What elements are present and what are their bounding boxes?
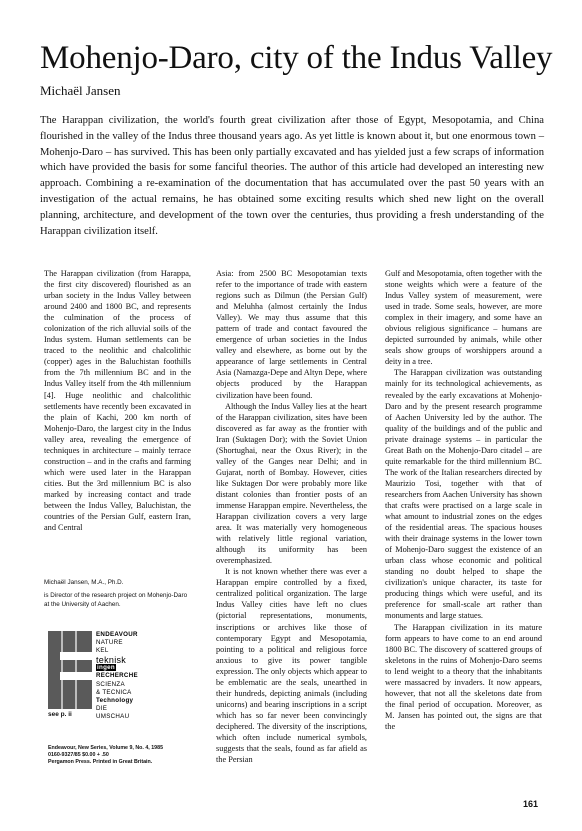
edition-name: ENDEAVOUR xyxy=(96,631,138,639)
journal-logo: ENDEAVOUR NATURE KEL teknisk ingen RECHE… xyxy=(48,631,168,734)
author-name: Michaël Jansen xyxy=(40,83,121,99)
page-number: 161 xyxy=(523,799,538,809)
paragraph: Gulf and Mesopotamia, often together wit… xyxy=(385,268,542,367)
logo-caption: see p. ii xyxy=(48,711,72,718)
body-column-2: Asia: from 2500 BC Mesopotamian texts re… xyxy=(216,268,367,765)
body-column-3: Gulf and Mesopotamia, often together wit… xyxy=(385,268,542,732)
edition-name: ingen xyxy=(96,664,116,671)
body-column-1: The Harappan civilization (from Harappa,… xyxy=(44,268,191,533)
edition-name: & TECNICA xyxy=(96,689,138,697)
paragraph: It is not known whether there was ever a… xyxy=(216,566,367,765)
paragraph: The Harappan civilization was outstandin… xyxy=(385,367,542,621)
edition-name: DIE xyxy=(96,705,138,713)
author-bio: Michaël Jansen, M.A., Ph.D. is Director … xyxy=(44,578,194,609)
edition-name: UMSCHAU xyxy=(96,713,138,721)
bio-name: Michaël Jansen, M.A., Ph.D. xyxy=(44,578,194,587)
edition-name: SCIENZA xyxy=(96,681,138,689)
edition-list: ENDEAVOUR NATURE KEL teknisk ingen RECHE… xyxy=(96,631,138,722)
paragraph: The Harappan civilization (from Harappa,… xyxy=(44,268,191,533)
endeavour-e-logo-icon xyxy=(48,631,92,709)
paragraph: Asia: from 2500 BC Mesopotamian texts re… xyxy=(216,268,367,401)
article-title: Mohenjo-Daro, city of the Indus Valley xyxy=(40,40,552,77)
paragraph: Although the Indus Valley lies at the he… xyxy=(216,401,367,567)
edition-name: teknisk xyxy=(96,656,138,665)
edition-name: NATURE xyxy=(96,639,138,647)
paragraph: The Harappan civilization in its mature … xyxy=(385,622,542,732)
bio-description: is Director of the research project on M… xyxy=(44,591,194,609)
edition-name: Technology xyxy=(96,697,138,705)
edition-name: RECHERCHE xyxy=(96,672,138,680)
footer-citation: Endeavour, New Series, Volume 9, No. 4, … xyxy=(48,745,163,752)
abstract: The Harappan civilization, the world's f… xyxy=(40,113,544,239)
footer-publisher: Pergamon Press. Printed in Great Britain… xyxy=(48,759,163,766)
journal-footer: Endeavour, New Series, Volume 9, No. 4, … xyxy=(48,745,163,766)
footer-issn: 0160-9327/85 $0.00 + .50 xyxy=(48,752,163,759)
